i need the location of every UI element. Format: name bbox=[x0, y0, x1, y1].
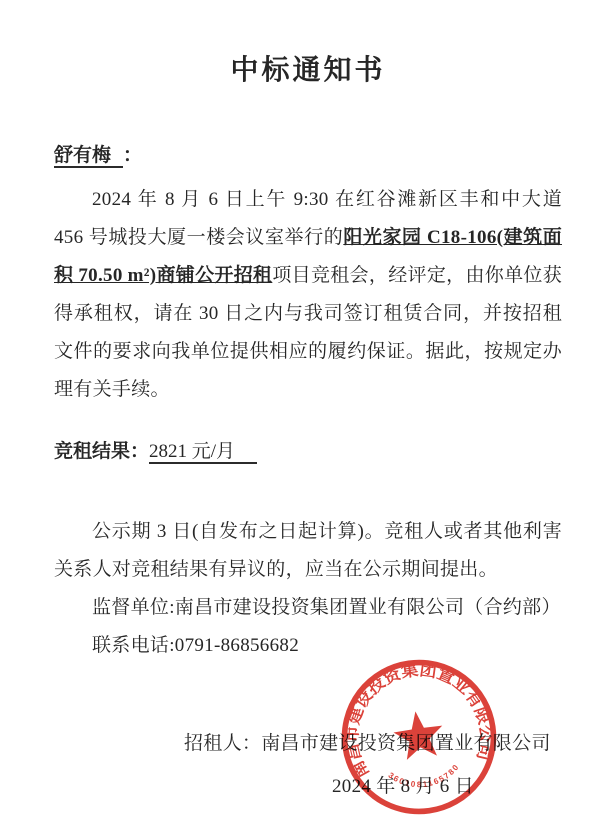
lessor-name: 南昌市建设投资集团置业有限公司 bbox=[261, 733, 551, 754]
result-line: 竞租结果：2821 元/月 bbox=[54, 437, 562, 467]
result-value: 2821 元/月 bbox=[149, 441, 257, 464]
supervisor-line: 监督单位:南昌市建设投资集团置业有限公司（合约部） bbox=[54, 589, 562, 627]
issue-date: 2024 年 8 月 6 日 bbox=[332, 771, 562, 798]
document-title: 中标通知书 bbox=[54, 48, 562, 88]
result-label: 竞租结果： bbox=[54, 441, 149, 462]
phone-line: 联系电话:0791-86856682 bbox=[54, 627, 562, 665]
signature-block: 招租人：南昌市建设投资集团置业有限公司 2024 年 8 月 6 日 bbox=[54, 728, 562, 798]
recipient-line: 舒有梅： bbox=[54, 140, 562, 167]
body-paragraph-2: 公示期 3 日(自发布之日起计算)。竞租人或者其他利害关系人对竞租结果有异议的，… bbox=[54, 513, 562, 589]
recipient-name: 舒有梅 bbox=[54, 145, 123, 168]
bid-notice-document: 中标通知书 舒有梅： 2024 年 8 月 6 日上午 9:30 在红谷滩新区丰… bbox=[0, 0, 614, 837]
lessor-label: 招租人： bbox=[184, 733, 261, 754]
body-paragraph-1: 2024 年 8 月 6 日上午 9:30 在红谷滩新区丰和中大道 456 号城… bbox=[54, 181, 562, 409]
lessor-line: 招租人：南昌市建设投资集团置业有限公司 bbox=[184, 728, 562, 755]
recipient-colon: ： bbox=[123, 145, 142, 166]
